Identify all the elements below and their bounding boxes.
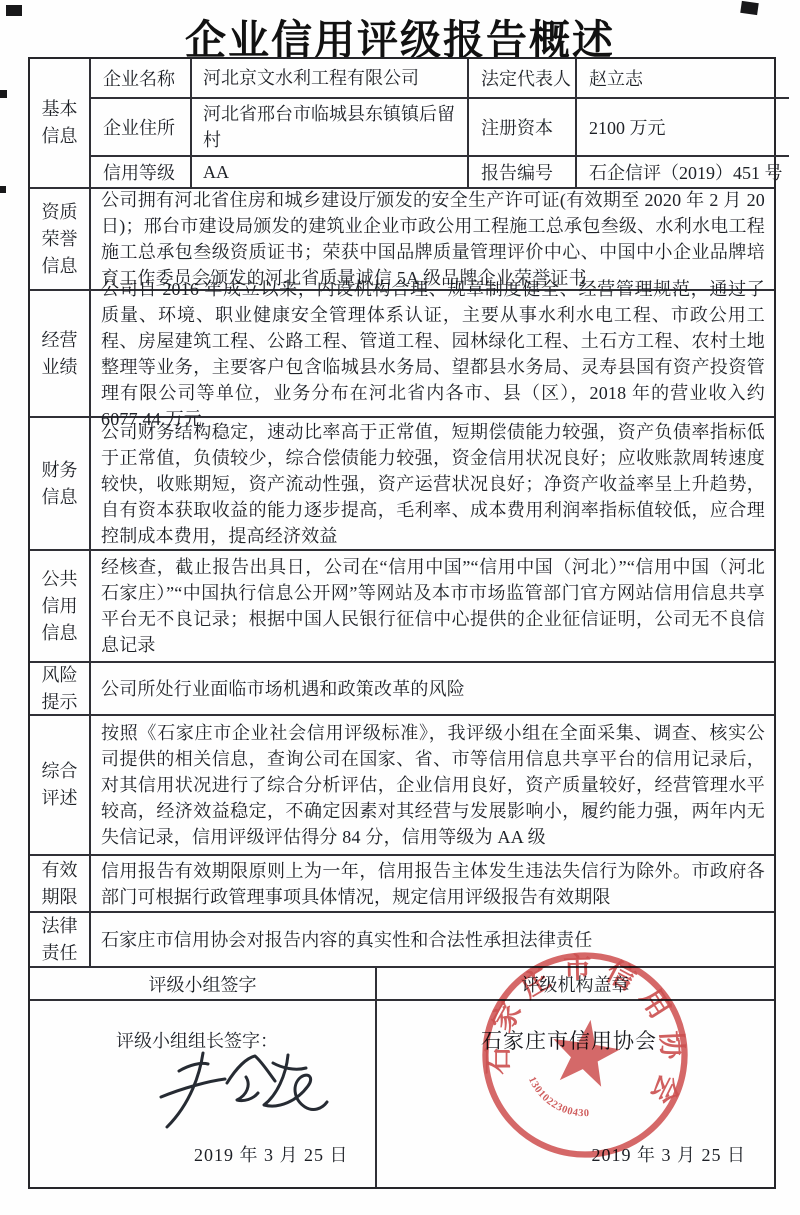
field-label-registered-capital: 注册资本 [469,99,577,155]
document-page: 企业信用评级报告概述 基本信息 企业名称 河北京文水利工程有限公司 法定代表人 … [0,0,800,1215]
section-label-public-credit-info: 公共信用信息 [30,551,91,661]
section-risk-warning: 风险提示 公司所处行业面临市场机遇和政策改革的风险 [30,663,774,716]
section-business-performance: 经营业绩 公司自 2016 年成立以来，内设机构合理、规章制度健全、经营管理规范… [30,291,774,418]
section-content: 公司财务结构稳定，速动比率高于正常值，短期偿债能力较强，资产负债率指标低于正常值… [101,419,765,549]
section-content: 信用报告有效期限原则上为一年，信用报告主体发生违法失信行为除外。市政府各部门可根… [101,858,765,910]
table-row: 企业住所 河北省邢台市临城县东镇镇后留村 注册资本 2100 万元 [91,99,789,157]
seal-star-icon [547,1015,624,1089]
field-value-credit-grade: AA [192,157,469,187]
section-comprehensive-review: 综合评述 按照《石家庄市企业社会信用评级标准》，我评级小组在全面采集、调查、核实… [30,716,774,856]
section-label-business-performance: 经营业绩 [30,291,91,416]
scan-artifact [6,5,22,16]
rating-team-signature-header: 评级小组签字 [30,968,377,999]
section-content: 石家庄市信用协会对报告内容的真实性和合法性承担法律责任 [101,927,765,953]
field-label-credit-grade: 信用等级 [91,157,192,187]
field-label-company-address: 企业住所 [91,99,192,155]
scan-artifact [0,90,7,98]
field-label-legal-representative: 法定代表人 [469,59,577,97]
official-red-seal: 石家庄市信用协会 1301022300430 [459,929,711,1181]
field-label-company-name: 企业名称 [91,59,192,97]
section-content: 公司所处行业面临市场机遇和政策改革的风险 [101,676,765,702]
section-label-basic-info: 基本信息 [30,59,91,187]
seal-number-text: 1301022300430 [521,1074,595,1121]
field-label-report-number: 报告编号 [469,157,577,187]
section-content: 按照《石家庄市企业社会信用评级标准》，我评级小组在全面采集、调查、核实公司提供的… [101,720,765,850]
section-label-comprehensive-review: 综合评述 [30,716,91,854]
section-public-credit-info: 公共信用信息 经核查，截止报告出具日，公司在“信用中国”“信用中国（河北）”“信… [30,551,774,663]
field-value-company-address: 河北省邢台市临城县东镇镇后留村 [192,99,469,155]
section-label-risk-warning: 风险提示 [30,663,91,714]
section-label-legal-liability: 法律责任 [30,913,91,966]
section-label-financial-info: 财务信息 [30,418,91,549]
scan-artifact [0,186,6,193]
table-row: 信用等级 AA 报告编号 石企信评（2019）451 号 [91,157,789,187]
section-financial-info: 财务信息 公司财务结构稳定，速动比率高于正常值，短期偿债能力较强，资产负债率指标… [30,418,774,551]
handwritten-signature [145,1041,345,1141]
team-signature-date: 2019 年 3 月 25 日 [194,1141,349,1167]
signature-body-row: 评级小组组长签字： 2019 年 3 月 25 日 石家庄市信用协会 [30,1001,774,1187]
field-value-legal-representative: 赵立志 [577,59,789,97]
field-value-report-number: 石企信评（2019）451 号 [577,157,789,187]
scan-artifact [740,1,759,15]
agency-seal-cell: 石家庄市信用协会 石家庄市信用协会 1301022300430 20 [377,1001,774,1187]
section-label-qualification-honors: 资质荣誉信息 [30,189,91,289]
section-content: 经核查，截止报告出具日，公司在“信用中国”“信用中国（河北）”“信用中国（河北石… [101,554,765,658]
report-table: 基本信息 企业名称 河北京文水利工程有限公司 法定代表人 赵立志 企业住所 河北… [28,57,776,1189]
svg-text:1301022300430: 1301022300430 [521,1074,595,1121]
field-value-registered-capital: 2100 万元 [577,99,789,155]
section-validity-period: 有效期限 信用报告有效期限原则上为一年，信用报告主体发生违法失信行为除外。市政府… [30,856,774,913]
section-label-validity-period: 有效期限 [30,856,91,911]
team-signature-cell: 评级小组组长签字： 2019 年 3 月 25 日 [30,1001,377,1187]
table-row: 企业名称 河北京文水利工程有限公司 法定代表人 赵立志 [91,59,789,99]
section-content: 公司自 2016 年成立以来，内设机构合理、规章制度健全、经营管理规范，通过了质… [101,276,765,432]
field-value-company-name: 河北京文水利工程有限公司 [192,59,469,97]
section-basic-info: 基本信息 企业名称 河北京文水利工程有限公司 法定代表人 赵立志 企业住所 河北… [30,59,774,189]
